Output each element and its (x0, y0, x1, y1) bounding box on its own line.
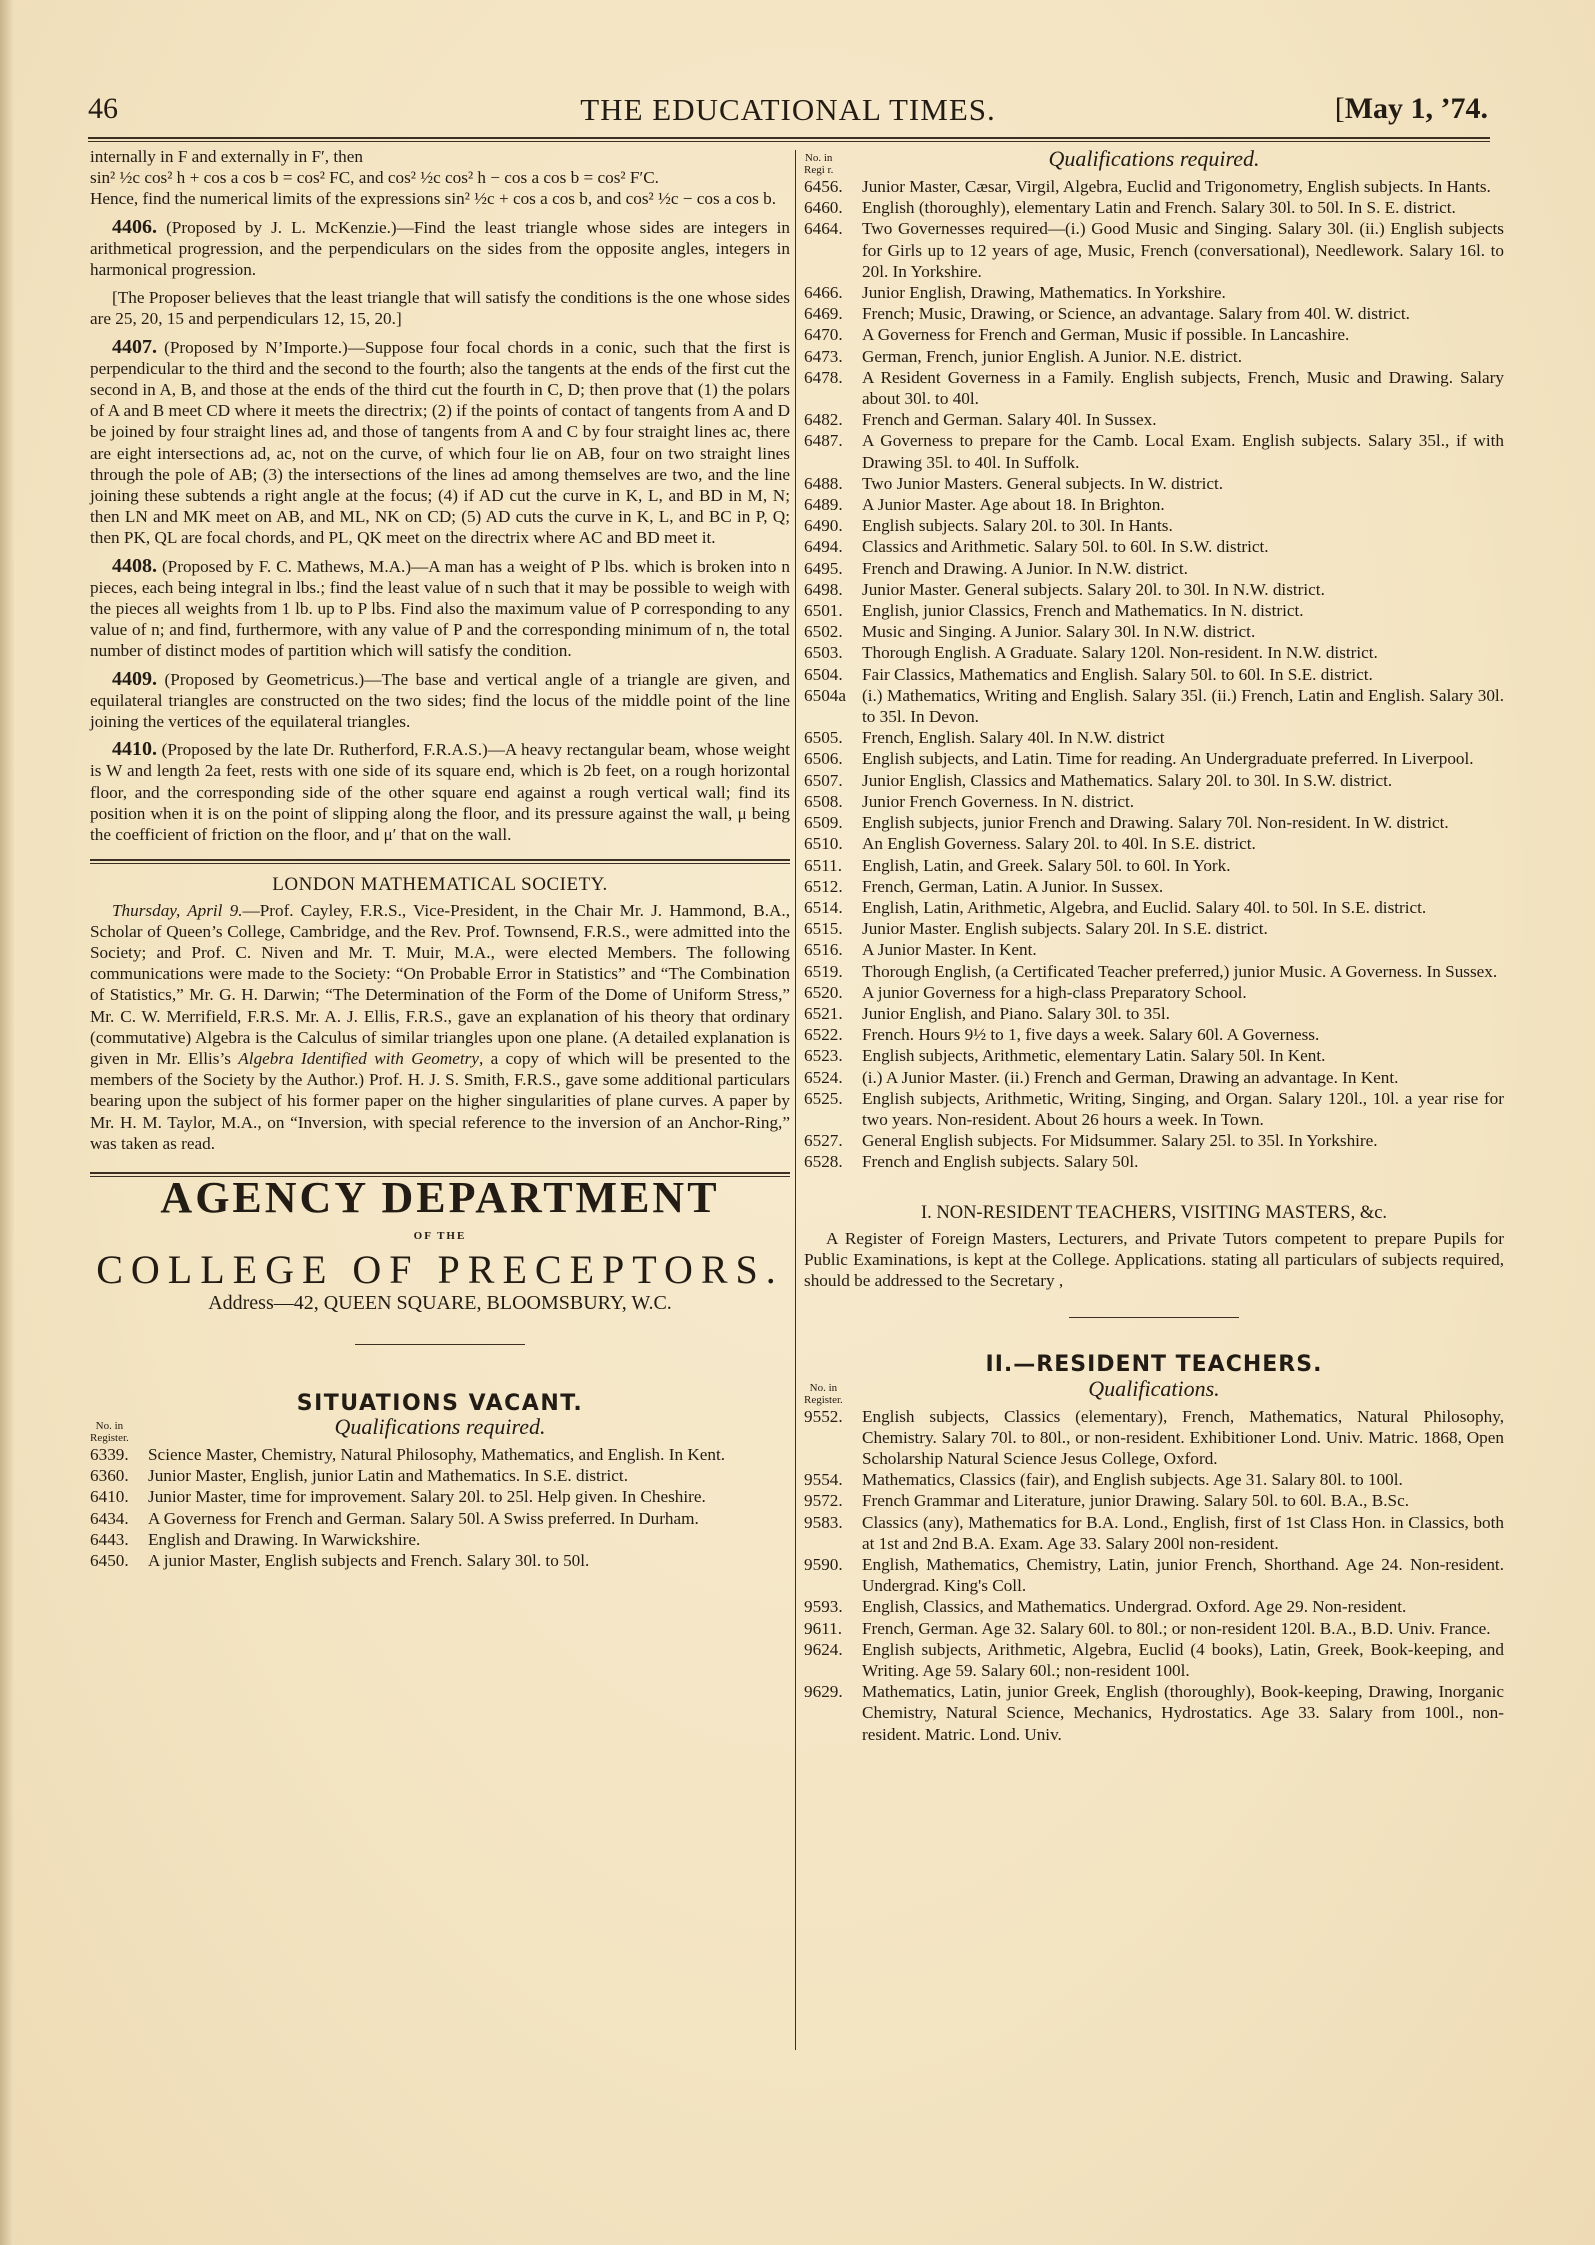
register-number: 6460. (804, 197, 862, 218)
entry-text: Junior Master. General subjects. Salary … (862, 579, 1504, 600)
register-number: 6514. (804, 897, 862, 918)
entry-text: French, German. Age 32. Salary 60l. to 8… (862, 1618, 1504, 1639)
register-entry: 6504a(i.) Mathematics, Writing and Engli… (804, 685, 1504, 727)
entry-text: Two Junior Masters. General subjects. In… (862, 473, 1504, 494)
lms-heading: LONDON MATHEMATICAL SOCIETY. (90, 874, 790, 895)
register-number: 6504. (804, 664, 862, 685)
section-rule (90, 859, 790, 864)
entry-text: English subjects, Classics (elementary),… (862, 1406, 1504, 1470)
register-entry: 6456.Junior Master, Cæsar, Virgil, Algeb… (804, 176, 1504, 197)
register-entry: 6509.English subjects, junior French and… (804, 812, 1504, 833)
entry-text: Junior English, Classics and Mathematics… (862, 770, 1504, 791)
register-number: 6515. (804, 918, 862, 939)
register-entry: 6473.German, French, junior English. A J… (804, 346, 1504, 367)
register-number: 6527. (804, 1130, 862, 1151)
entry-text: Junior Master, time for improvement. Sal… (148, 1486, 790, 1507)
entry-text: English subjects, junior French and Draw… (862, 812, 1504, 833)
entry-text: Mathematics, Latin, junior Greek, Englis… (862, 1681, 1504, 1745)
register-number: 6473. (804, 346, 862, 367)
register-entry: 6505.French, English. Salary 40l. In N.W… (804, 727, 1504, 748)
register-entry: 6506.English subjects, and Latin. Time f… (804, 748, 1504, 769)
register-entry: 9583.Classics (any), Mathematics for B.A… (804, 1512, 1504, 1554)
register-entry: 6478.A Resident Governess in a Family. E… (804, 367, 1504, 409)
register-number: 6495. (804, 558, 862, 579)
register-entry: 9624.English subjects, Arithmetic, Algeb… (804, 1639, 1504, 1681)
qualifications-header: No. inRegister. Qualifications required. (90, 1416, 790, 1444)
register-entry: 9572.French Grammar and Literature, juni… (804, 1490, 1504, 1511)
entry-text: Thorough English. A Graduate. Salary 120… (862, 642, 1504, 663)
register-entry: 6490.English subjects. Salary 20l. to 30… (804, 515, 1504, 536)
header-rule (88, 137, 1490, 139)
register-entry: 6466.Junior English, Drawing, Mathematic… (804, 282, 1504, 303)
register-entry: 6489.A Junior Master. Age about 18. In B… (804, 494, 1504, 515)
entry-text: A Governess to prepare for the Camb. Loc… (862, 430, 1504, 472)
register-entry: 6524.(i.) A Junior Master. (ii.) French … (804, 1067, 1504, 1088)
register-number: 6456. (804, 176, 862, 197)
register-number: 6506. (804, 748, 862, 769)
register-entry: 9629.Mathematics, Latin, junior Greek, E… (804, 1681, 1504, 1745)
proposer: (Proposed by N’Importe.) (164, 338, 348, 357)
register-number: 6466. (804, 282, 862, 303)
agency-address: Address—42, QUEEN SQUARE, BLOOMSBURY, W.… (90, 1293, 790, 1314)
problem-4407: 4407. (Proposed by N’Importe.)—Suppose f… (90, 337, 790, 549)
problem-4409: 4409. (Proposed by Geometricus.)—The bas… (90, 669, 790, 733)
intro-line: internally in F and externally in F′, th… (90, 146, 790, 167)
entry-text: English, junior Classics, French and Mat… (862, 600, 1504, 621)
register-number: 6410. (90, 1486, 148, 1507)
register-number: 6490. (804, 515, 862, 536)
register-number: 6488. (804, 473, 862, 494)
register-entry: 9554.Mathematics, Classics (fair), and E… (804, 1469, 1504, 1490)
entry-text: English and Drawing. In Warwickshire. (148, 1529, 790, 1550)
register-number: 6501. (804, 600, 862, 621)
qualifications-heading: Qualifications. (804, 1378, 1504, 1399)
register-number: 6450. (90, 1550, 148, 1571)
entry-text: (i.) Mathematics, Writing and English. S… (862, 685, 1504, 727)
situations-list-continued: 6456.Junior Master, Cæsar, Virgil, Algeb… (804, 176, 1504, 1173)
register-entry: 6410.Junior Master, time for improvement… (90, 1486, 790, 1507)
agency-of-the: OF THE (90, 1226, 790, 1247)
register-entry: 6487.A Governess to prepare for the Camb… (804, 430, 1504, 472)
issue-date: [May 1, ’74. (1335, 92, 1488, 126)
register-entry: 6464.Two Governesses required—(i.) Good … (804, 218, 1504, 282)
register-entry: 6514.English, Latin, Arithmetic, Algebra… (804, 897, 1504, 918)
register-entry: 6503.Thorough English. A Graduate. Salar… (804, 642, 1504, 663)
entry-text: A junior Master, English subjects and Fr… (148, 1550, 790, 1571)
qualifications-header: No. inRegi r. Qualifications required. (804, 148, 1504, 176)
register-entry: 6360.Junior Master, English, junior Lati… (90, 1465, 790, 1486)
register-number: 6469. (804, 303, 862, 324)
proposer: (Proposed by Geometricus.) (165, 670, 365, 689)
register-entry: 6508.Junior French Governess. In N. dist… (804, 791, 1504, 812)
register-entry: 6482.French and German. Salary 40l. In S… (804, 409, 1504, 430)
right-column: No. inRegi r. Qualifications required. 6… (804, 146, 1504, 1745)
register-entry: 9611.French, German. Age 32. Salary 60l.… (804, 1618, 1504, 1639)
situations-vacant-heading: SITUATIONS VACANT. (90, 1393, 790, 1414)
entry-text: Classics (any), Mathematics for B.A. Lon… (862, 1512, 1504, 1554)
entry-text: English subjects, Arithmetic, Algebra, E… (862, 1639, 1504, 1681)
register-number: 6525. (804, 1088, 862, 1130)
entry-text: English, Classics, and Mathematics. Unde… (862, 1596, 1504, 1617)
register-number: 6470. (804, 324, 862, 345)
register-number: 6494. (804, 536, 862, 557)
entry-text: English (thoroughly), elementary Latin a… (862, 197, 1504, 218)
qualifications-heading: Qualifications required. (804, 148, 1504, 169)
proposer: (Proposed by J. L. McKenzie.) (166, 218, 397, 237)
register-entry: 6527.General English subjects. For Midsu… (804, 1130, 1504, 1151)
register-entry: 6443.English and Drawing. In Warwickshir… (90, 1529, 790, 1550)
register-number: 6478. (804, 367, 862, 409)
entry-text: English subjects, and Latin. Time for re… (862, 748, 1504, 769)
register-entry: 6502.Music and Singing. A Junior. Salary… (804, 621, 1504, 642)
register-entry: 6510.An English Governess. Salary 20l. t… (804, 833, 1504, 854)
entry-text: Two Governesses required—(i.) Good Music… (862, 218, 1504, 282)
page-edge (0, 0, 14, 2245)
register-number: 6508. (804, 791, 862, 812)
register-number: 6464. (804, 218, 862, 282)
register-entry: 6469.French; Music, Drawing, or Science,… (804, 303, 1504, 324)
entry-text: Mathematics, Classics (fair), and Englis… (862, 1469, 1504, 1490)
register-entry: 6495.French and Drawing. A Junior. In N.… (804, 558, 1504, 579)
register-entry: 6470.A Governess for French and German, … (804, 324, 1504, 345)
register-number: 9572. (804, 1490, 862, 1511)
entry-text: A junior Governess for a high-class Prep… (862, 982, 1504, 1003)
intro-question: Hence, find the numerical limits of the … (90, 188, 790, 209)
register-number: 6516. (804, 939, 862, 960)
agency-title: AGENCY DEPARTMENT (90, 1187, 790, 1208)
book-title: Algebra Identified with Geometry (238, 1049, 479, 1068)
register-entry: 6516.A Junior Master. In Kent. (804, 939, 1504, 960)
register-entry: 9590.English, Mathematics, Chemistry, La… (804, 1554, 1504, 1596)
short-rule (1069, 1317, 1239, 1318)
register-entry: 6434.A Governess for French and German. … (90, 1508, 790, 1529)
entry-text: English, Latin, Arithmetic, Algebra, and… (862, 897, 1504, 918)
register-entry: 6515.Junior Master. English subjects. Sa… (804, 918, 1504, 939)
register-number: 9624. (804, 1639, 862, 1681)
register-number: 6521. (804, 1003, 862, 1024)
intro-equation: sin² ½c cos² h + cos a cos b = cos² FC, … (90, 167, 790, 188)
entry-text: Junior Master, Cæsar, Virgil, Algebra, E… (862, 176, 1504, 197)
resident-teachers-list: 9552.English subjects, Classics (element… (804, 1406, 1504, 1745)
register-number: 6498. (804, 579, 862, 600)
entry-text: Science Master, Chemistry, Natural Philo… (148, 1444, 790, 1465)
entry-text: German, French, junior English. A Junior… (862, 346, 1504, 367)
register-number: 6489. (804, 494, 862, 515)
entry-text: French; Music, Drawing, or Science, an a… (862, 303, 1504, 324)
date-text: May 1, ’74. (1345, 92, 1488, 125)
register-number: 6507. (804, 770, 862, 791)
register-number: 6505. (804, 727, 862, 748)
entry-text: Junior Master, English, junior Latin and… (148, 1465, 790, 1486)
register-entry: 6450.A junior Master, English subjects a… (90, 1550, 790, 1571)
register-number: 6509. (804, 812, 862, 833)
situations-list: 6339.Science Master, Chemistry, Natural … (90, 1444, 790, 1571)
register-number: 6510. (804, 833, 862, 854)
entry-text: Fair Classics, Mathematics and English. … (862, 664, 1504, 685)
entry-text: Classics and Arithmetic. Salary 50l. to … (862, 536, 1504, 557)
lms-date: Thursday, April 9. (112, 901, 243, 920)
entry-text: English subjects. Salary 20l. to 30l. In… (862, 515, 1504, 536)
register-entry: 6522.French. Hours 9½ to 1, five days a … (804, 1024, 1504, 1045)
entry-text: English subjects, Arithmetic, elementary… (862, 1045, 1504, 1066)
proposer: (Proposed by the late Dr. Rutherford, F.… (162, 740, 488, 759)
register-entry: 9593.English, Classics, and Mathematics.… (804, 1596, 1504, 1617)
register-number: 6502. (804, 621, 862, 642)
header-rule-thin (88, 141, 1490, 142)
entry-text: French. Hours 9½ to 1, five days a week.… (862, 1024, 1504, 1045)
entry-text: A Resident Governess in a Family. Englis… (862, 367, 1504, 409)
entry-text: French and German. Salary 40l. In Sussex… (862, 409, 1504, 430)
entry-text: A Junior Master. In Kent. (862, 939, 1504, 960)
register-entry: 6488.Two Junior Masters. General subject… (804, 473, 1504, 494)
register-number: 9593. (804, 1596, 862, 1617)
entry-text: English subjects, Arithmetic, Writing, S… (862, 1088, 1504, 1130)
entry-text: Music and Singing. A Junior. Salary 30l.… (862, 621, 1504, 642)
register-entry: 6494.Classics and Arithmetic. Salary 50l… (804, 536, 1504, 557)
date-bracket: [ (1335, 92, 1345, 125)
register-entry: 9552.English subjects, Classics (element… (804, 1406, 1504, 1470)
register-number: 6524. (804, 1067, 862, 1088)
entry-text: Junior Master. English subjects. Salary … (862, 918, 1504, 939)
register-number: 9611. (804, 1618, 862, 1639)
page-header: 46 THE EDUCATIONAL TIMES. [May 1, ’74. (88, 92, 1488, 134)
entry-text: An English Governess. Salary 20l. to 40l… (862, 833, 1504, 854)
entry-text: French, German, Latin. A Junior. In Suss… (862, 876, 1504, 897)
register-entry: 6501.English, junior Classics, French an… (804, 600, 1504, 621)
register-entry: 6504.Fair Classics, Mathematics and Engl… (804, 664, 1504, 685)
register-number: 6511. (804, 855, 862, 876)
register-number: 6504a (804, 685, 862, 727)
register-entry: 6498.Junior Master. General subjects. Sa… (804, 579, 1504, 600)
register-number: 9590. (804, 1554, 862, 1596)
register-entry: 6523.English subjects, Arithmetic, eleme… (804, 1045, 1504, 1066)
entry-text: French, English. Salary 40l. In N.W. dis… (862, 727, 1504, 748)
register-entry: 6528.French and English subjects. Salary… (804, 1151, 1504, 1172)
proposer: (Proposed by F. C. Mathews, M.A.) (162, 557, 411, 576)
column-divider (795, 150, 796, 2050)
left-column: internally in F and externally in F′, th… (90, 146, 790, 1571)
qualifications-header: No. inRegister. Qualifications. (804, 1378, 1504, 1406)
qualifications-heading: Qualifications required. (90, 1416, 790, 1437)
college-name: COLLEGE OF PRECEPTORS. (90, 1259, 790, 1280)
entry-text: English, Latin, and Greek. Salary 50l. t… (862, 855, 1504, 876)
entry-text: French and Drawing. A Junior. In N.W. di… (862, 558, 1504, 579)
entry-text: Junior English, and Piano. Salary 30l. t… (862, 1003, 1504, 1024)
entry-text: Junior French Governess. In N. district. (862, 791, 1504, 812)
short-rule (355, 1344, 525, 1345)
problem-4408: 4408. (Proposed by F. C. Mathews, M.A.)—… (90, 556, 790, 662)
register-number: 6522. (804, 1024, 862, 1045)
entry-text: French Grammar and Literature, junior Dr… (862, 1490, 1504, 1511)
entry-text: (i.) A Junior Master. (ii.) French and G… (862, 1067, 1504, 1088)
register-number: 9552. (804, 1406, 862, 1470)
masthead-title: THE EDUCATIONAL TIMES. (88, 92, 1488, 128)
register-number: 6434. (90, 1508, 148, 1529)
nonresident-body: A Register of Foreign Masters, Lecturers… (804, 1228, 1504, 1292)
register-number: 6512. (804, 876, 862, 897)
entry-text: English, Mathematics, Chemistry, Latin, … (862, 1554, 1504, 1596)
register-number: 9629. (804, 1681, 862, 1745)
register-entry: 6507.Junior English, Classics and Mathem… (804, 770, 1504, 791)
register-number: 9583. (804, 1512, 862, 1554)
register-number: 6519. (804, 961, 862, 982)
nonresident-heading: I. NON-RESIDENT TEACHERS, VISITING MASTE… (804, 1203, 1504, 1224)
register-entry: 6512.French, German, Latin. A Junior. In… (804, 876, 1504, 897)
entry-text: French and English subjects. Salary 50l. (862, 1151, 1504, 1172)
register-number: 6443. (90, 1529, 148, 1550)
newspaper-page: 46 THE EDUCATIONAL TIMES. [May 1, ’74. i… (0, 0, 1595, 2245)
register-entry: 6339.Science Master, Chemistry, Natural … (90, 1444, 790, 1465)
resident-teachers-heading: II.—RESIDENT TEACHERS. (804, 1354, 1504, 1375)
register-number: 6523. (804, 1045, 862, 1066)
register-entry: 6460.English (thoroughly), elementary La… (804, 197, 1504, 218)
register-number: 6360. (90, 1465, 148, 1486)
register-entry: 6521.Junior English, and Piano. Salary 3… (804, 1003, 1504, 1024)
entry-text: Junior English, Drawing, Mathematics. In… (862, 282, 1504, 303)
entry-text: General English subjects. For Midsummer.… (862, 1130, 1504, 1151)
register-number: 6487. (804, 430, 862, 472)
register-number: 6482. (804, 409, 862, 430)
problem-4410: 4410. (Proposed by the late Dr. Rutherfo… (90, 739, 790, 845)
register-number: 6339. (90, 1444, 148, 1465)
register-number: 9554. (804, 1469, 862, 1490)
register-entry: 6520.A junior Governess for a high-class… (804, 982, 1504, 1003)
entry-text: Thorough English, (a Certificated Teache… (862, 961, 1504, 982)
entry-text: A Governess for French and German, Music… (862, 324, 1504, 345)
entry-text: A Junior Master. Age about 18. In Bright… (862, 494, 1504, 515)
entry-text: A Governess for French and German. Salar… (148, 1508, 790, 1529)
register-number: 6503. (804, 642, 862, 663)
register-entry: 6525.English subjects, Arithmetic, Writi… (804, 1088, 1504, 1130)
register-number: 6528. (804, 1151, 862, 1172)
register-entry: 6519.Thorough English, (a Certificated T… (804, 961, 1504, 982)
register-entry: 6511.English, Latin, and Greek. Salary 5… (804, 855, 1504, 876)
register-number: 6520. (804, 982, 862, 1003)
problem-4406: 4406. (Proposed by J. L. McKenzie.)—Find… (90, 217, 790, 281)
lms-report: Thursday, April 9.—Prof. Cayley, F.R.S.,… (90, 900, 790, 1154)
problem-4406-note: [The Proposer believes that the least tr… (90, 287, 790, 329)
